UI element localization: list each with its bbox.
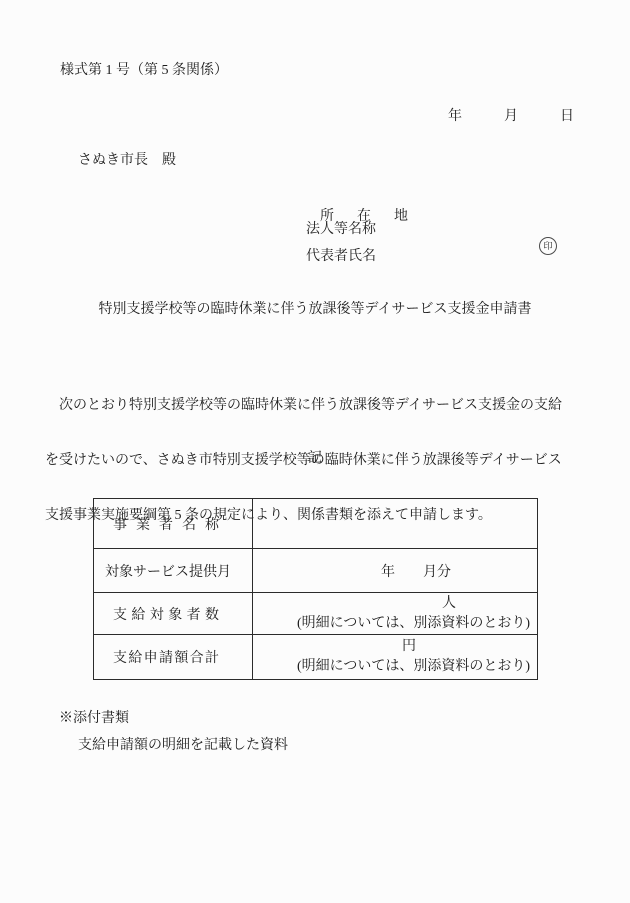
seal-icon: 印 [539, 237, 557, 255]
recipient-count-unit: 人 [253, 594, 537, 614]
amount-total-note: (明細については、別添資料のとおり) [253, 657, 537, 677]
recipient-count-value-cell: 人 (明細については、別添資料のとおり) [253, 593, 538, 635]
form-number: 様式第 1 号（第 5 条関係） [60, 64, 228, 78]
amount-total-label: 支給申請額合計 [113, 647, 219, 667]
application-form-page: 様式第 1 号（第 5 条関係） 年 月 日 さぬき市長 殿 所在地 法人等名称… [0, 0, 630, 903]
recipient-count-note: (明細については、別添資料のとおり) [253, 614, 537, 634]
application-table: 事業者名称 対象サービス提供月 年 月分 支給対象者数 人 (明細については、別… [93, 498, 538, 680]
amount-total-unit: 円 [253, 637, 537, 657]
business-name-value-cell [253, 499, 538, 549]
document-title: 特別支援学校等の臨時休業に伴う放課後等デイサービス支援金申請書 [0, 303, 630, 317]
attachments-header: ※添付書類 [59, 712, 129, 726]
service-month-value-cell: 年 月分 [253, 549, 538, 593]
service-month-label-cell: 対象サービス提供月 [94, 549, 253, 593]
table-row-business-name: 事業者名称 [94, 499, 538, 549]
attachments-item: 支給申請額の明細を記載した資料 [78, 739, 288, 753]
representative-name-label: 代表者氏名 [306, 250, 376, 264]
recipient-count-label-cell: 支給対象者数 [94, 593, 253, 635]
table-row-amount-total: 支給申請額合計 円 (明細については、別添資料のとおり) [94, 635, 538, 680]
corporation-name-label: 法人等名称 [306, 223, 376, 237]
service-month-value: 年 月分 [253, 561, 537, 581]
recipient-count-label: 支給対象者数 [113, 604, 219, 624]
amount-total-label-cell: 支給申請額合計 [94, 635, 253, 680]
body-line-1: 次のとおり特別支援学校等の臨時休業に伴う放課後等デイサービス支援金の支給 [45, 392, 579, 419]
date-line: 年 月 日 [45, 110, 574, 124]
amount-total-value-cell: 円 (明細については、別添資料のとおり) [253, 635, 538, 680]
section-marker: 記 [0, 452, 630, 466]
table-row-recipient-count: 支給対象者数 人 (明細については、別添資料のとおり) [94, 593, 538, 635]
business-name-label: 事業者名称 [113, 514, 219, 534]
service-month-label: 対象サービス提供月 [105, 565, 231, 580]
business-name-label-cell: 事業者名称 [94, 499, 253, 549]
table-row-service-month: 対象サービス提供月 年 月分 [94, 549, 538, 593]
addressee-line: さぬき市長 殿 [78, 154, 176, 168]
